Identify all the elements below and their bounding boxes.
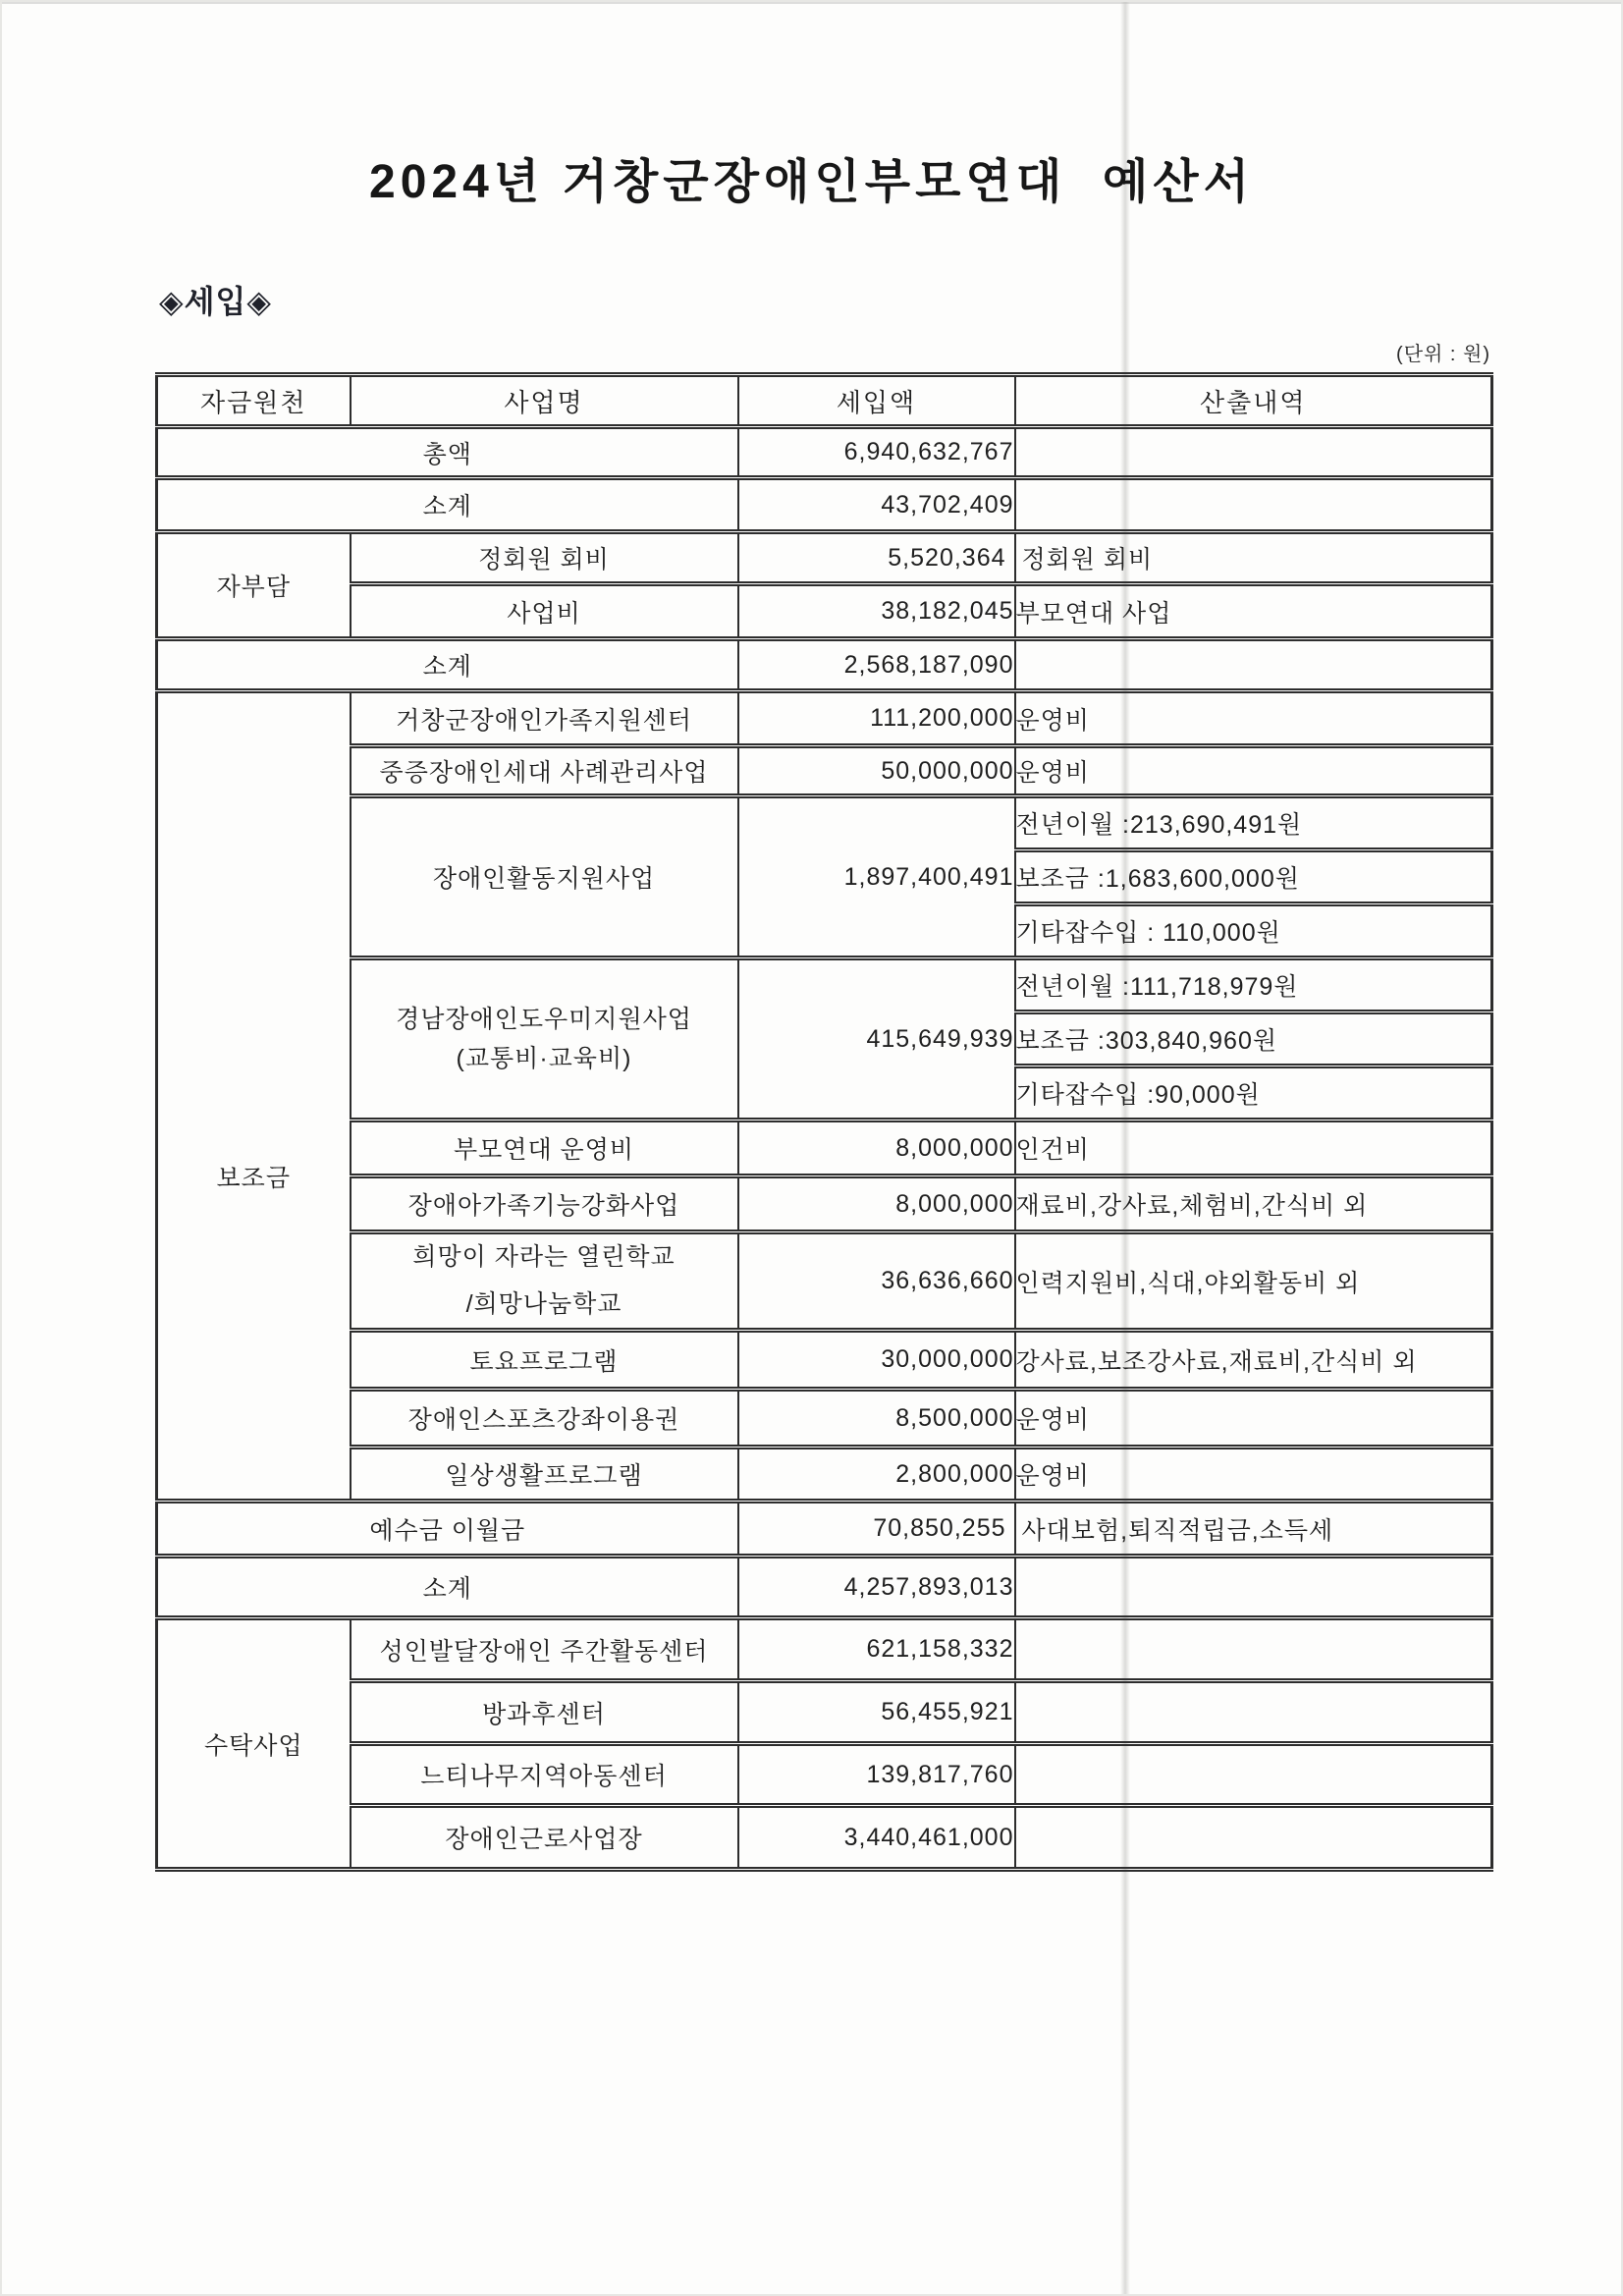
cell-family-support-center-name: 거창군장애인가족지원센터 [351, 691, 738, 746]
table-row-open-school: 희망이 자라는 열린학교 /희망나눔학교 36,636,660 인력지원비,식대… [157, 1232, 1492, 1331]
cell-parent-operating-detail: 인건비 [1015, 1121, 1492, 1176]
table-row-subtotal-subsidy-top: 소계 2,568,187,090 [157, 639, 1492, 691]
cell-subtotal-subsidy-bottom-detail [1015, 1557, 1492, 1618]
cell-group-consigned: 수탁사업 [157, 1618, 351, 1870]
section-heading-revenue: ◈세입◈ [159, 277, 272, 322]
scanner-top-edge-artifact [0, 2, 1623, 4]
table-row-subtotal-self: 소계 43,702,409 [157, 478, 1492, 532]
table-row-activity-support-1: 장애인활동지원사업 1,897,400,491 전년이월 :213,690,49… [157, 796, 1492, 850]
cell-severe-case-management-detail: 운영비 [1015, 746, 1492, 796]
cell-subtotal-subsidy-top-label: 소계 [157, 639, 738, 691]
cell-parent-operating-amount: 8,000,000 [738, 1121, 1015, 1176]
cell-subtotal-self-label: 소계 [157, 478, 738, 532]
cell-saturday-program-amount: 30,000,000 [738, 1331, 1015, 1390]
cell-activity-support-detail-carryover: 전년이월 :213,690,491원 [1015, 796, 1492, 850]
header-project-name: 사업명 [351, 375, 738, 427]
table-row-deposit-carryover: 예수금 이월금 70,850,255 사대보험,퇴직적립금,소득세 [157, 1502, 1492, 1557]
table-row-sports-voucher: 장애인스포츠강좌이용권 8,500,000 운영비 [157, 1390, 1492, 1448]
table-row-adult-day-center: 수탁사업 성인발달장애인 주간활동센터 621,158,332 [157, 1618, 1492, 1681]
header-calculation-detail: 산출내역 [1015, 375, 1492, 427]
cell-helper-support-amount: 415,649,939 [738, 958, 1015, 1121]
table-row-disabled-workplace: 장애인근로사업장 3,440,461,000 [157, 1806, 1492, 1870]
table-row-helper-support-1: 경남장애인도우미지원사업 (교통비·교육비) 415,649,939 전년이월 … [157, 958, 1492, 1012]
table-row-saturday-program: 토요프로그램 30,000,000 강사료,보조강사료,재료비,간식비 외 [157, 1331, 1492, 1390]
cell-afterschool-center-name: 방과후센터 [351, 1681, 738, 1744]
cell-subtotal-subsidy-top-detail [1015, 639, 1492, 691]
cell-afterschool-center-detail [1015, 1681, 1492, 1744]
cell-activity-support-detail-misc: 기타잡수입 : 110,000원 [1015, 904, 1492, 958]
cell-severe-case-management-amount: 50,000,000 [738, 746, 1015, 796]
cell-deposit-carryover-label: 예수금 이월금 [157, 1502, 738, 1557]
cell-subtotal-self-detail [1015, 478, 1492, 532]
cell-family-strengthening-detail: 재료비,강사료,체험비,간식비 외 [1015, 1176, 1492, 1232]
cell-daily-program-detail: 운영비 [1015, 1448, 1492, 1502]
cell-group-self-funded: 자부담 [157, 532, 351, 639]
table-row-daily-program: 일상생활프로그램 2,800,000 운영비 [157, 1448, 1492, 1502]
cell-open-school-detail: 인력지원비,식대,야외활동비 외 [1015, 1232, 1492, 1331]
cell-subtotal-self-amount: 43,702,409 [738, 478, 1015, 532]
table-row-afterschool-center: 방과후센터 56,455,921 [157, 1681, 1492, 1744]
cell-member-fee-detail: 정회원 회비 [1015, 532, 1492, 584]
document-title: 2024년 거창군장애인부모연대 예산서 [0, 143, 1623, 211]
cell-daily-program-amount: 2,800,000 [738, 1448, 1015, 1502]
cell-helper-support-name: 경남장애인도우미지원사업 (교통비·교육비) [351, 958, 738, 1121]
cell-family-support-center-detail: 운영비 [1015, 691, 1492, 746]
table-row-zelkova-childrens-center: 느티나무지역아동센터 139,817,760 [157, 1744, 1492, 1806]
cell-business-cost-amount: 38,182,045 [738, 584, 1015, 639]
table-header-row: 자금원천 사업명 세입액 산출내역 [157, 375, 1492, 427]
cell-member-fee-amount: 5,520,364 [738, 532, 1015, 584]
table-row-subtotal-subsidy-bottom: 소계 4,257,893,013 [157, 1557, 1492, 1618]
table-row-severe-case-management: 중증장애인세대 사례관리사업 50,000,000 운영비 [157, 746, 1492, 796]
header-revenue-amount: 세입액 [738, 375, 1015, 427]
cell-family-strengthening-amount: 8,000,000 [738, 1176, 1015, 1232]
cell-deposit-carryover-detail: 사대보험,퇴직적립금,소득세 [1015, 1502, 1492, 1557]
cell-sports-voucher-detail: 운영비 [1015, 1390, 1492, 1448]
cell-open-school-name: 희망이 자라는 열린학교 /희망나눔학교 [351, 1232, 738, 1331]
table-row-total: 총액 6,940,632,767 [157, 427, 1492, 478]
table-row-parent-operating: 부모연대 운영비 8,000,000 인건비 [157, 1121, 1492, 1176]
cell-family-support-center-amount: 111,200,000 [738, 691, 1015, 746]
cell-helper-support-detail-carryover: 전년이월 :111,718,979원 [1015, 958, 1492, 1012]
cell-open-school-name-line1: 희망이 자라는 열린학교 [352, 1234, 737, 1282]
cell-subtotal-subsidy-top-amount: 2,568,187,090 [738, 639, 1015, 691]
cell-activity-support-detail-subsidy: 보조금 :1,683,600,000원 [1015, 850, 1492, 904]
cell-helper-support-detail-misc: 기타잡수입 :90,000원 [1015, 1066, 1492, 1121]
cell-helper-support-detail-subsidy: 보조금 :303,840,960원 [1015, 1012, 1492, 1066]
cell-disabled-workplace-name: 장애인근로사업장 [351, 1806, 738, 1870]
revenue-budget-table: 자금원천 사업명 세입액 산출내역 총액 6,940,632,767 소계 43… [155, 372, 1493, 1872]
cell-total-detail [1015, 427, 1492, 478]
cell-disabled-workplace-amount: 3,440,461,000 [738, 1806, 1015, 1870]
cell-deposit-carryover-amount: 70,850,255 [738, 1502, 1015, 1557]
cell-member-fee-name: 정회원 회비 [351, 532, 738, 584]
cell-daily-program-name: 일상생활프로그램 [351, 1448, 738, 1502]
cell-activity-support-name: 장애인활동지원사업 [351, 796, 738, 958]
cell-parent-operating-name: 부모연대 운영비 [351, 1121, 738, 1176]
unit-note: (단위 : 원) [155, 338, 1490, 366]
header-funding-source: 자금원천 [157, 375, 351, 427]
cell-adult-day-center-detail [1015, 1618, 1492, 1681]
table-row-business-cost: 사업비 38,182,045 부모연대 사업 [157, 584, 1492, 639]
table-row-member-fee: 자부담 정회원 회비 5,520,364 정회원 회비 [157, 532, 1492, 584]
cell-zelkova-childrens-center-name: 느티나무지역아동센터 [351, 1744, 738, 1806]
cell-adult-day-center-name: 성인발달장애인 주간활동센터 [351, 1618, 738, 1681]
cell-open-school-amount: 36,636,660 [738, 1232, 1015, 1331]
cell-activity-support-amount: 1,897,400,491 [738, 796, 1015, 958]
cell-subtotal-subsidy-bottom-label: 소계 [157, 1557, 738, 1618]
cell-saturday-program-name: 토요프로그램 [351, 1331, 738, 1390]
cell-helper-support-name-line2: (교통비·교육비) [352, 1039, 737, 1079]
cell-zelkova-childrens-center-detail [1015, 1744, 1492, 1806]
cell-open-school-name-line2: /희망나눔학교 [352, 1282, 737, 1329]
cell-afterschool-center-amount: 56,455,921 [738, 1681, 1015, 1744]
table-row-family-support-center: 보조금 거창군장애인가족지원센터 111,200,000 운영비 [157, 691, 1492, 746]
cell-disabled-workplace-detail [1015, 1806, 1492, 1870]
cell-family-strengthening-name: 장애아가족기능강화사업 [351, 1176, 738, 1232]
cell-business-cost-name: 사업비 [351, 584, 738, 639]
cell-total-amount: 6,940,632,767 [738, 427, 1015, 478]
cell-business-cost-detail: 부모연대 사업 [1015, 584, 1492, 639]
cell-sports-voucher-amount: 8,500,000 [738, 1390, 1015, 1448]
table-row-family-strengthening: 장애아가족기능강화사업 8,000,000 재료비,강사료,체험비,간식비 외 [157, 1176, 1492, 1232]
cell-zelkova-childrens-center-amount: 139,817,760 [738, 1744, 1015, 1806]
cell-group-subsidy: 보조금 [157, 691, 351, 1502]
cell-adult-day-center-amount: 621,158,332 [738, 1618, 1015, 1681]
cell-sports-voucher-name: 장애인스포츠강좌이용권 [351, 1390, 738, 1448]
cell-helper-support-name-line1: 경남장애인도우미지원사업 [352, 1000, 737, 1040]
cell-severe-case-management-name: 중증장애인세대 사례관리사업 [351, 746, 738, 796]
cell-saturday-program-detail: 강사료,보조강사료,재료비,간식비 외 [1015, 1331, 1492, 1390]
cell-total-label: 총액 [157, 427, 738, 478]
cell-subtotal-subsidy-bottom-amount: 4,257,893,013 [738, 1557, 1015, 1618]
